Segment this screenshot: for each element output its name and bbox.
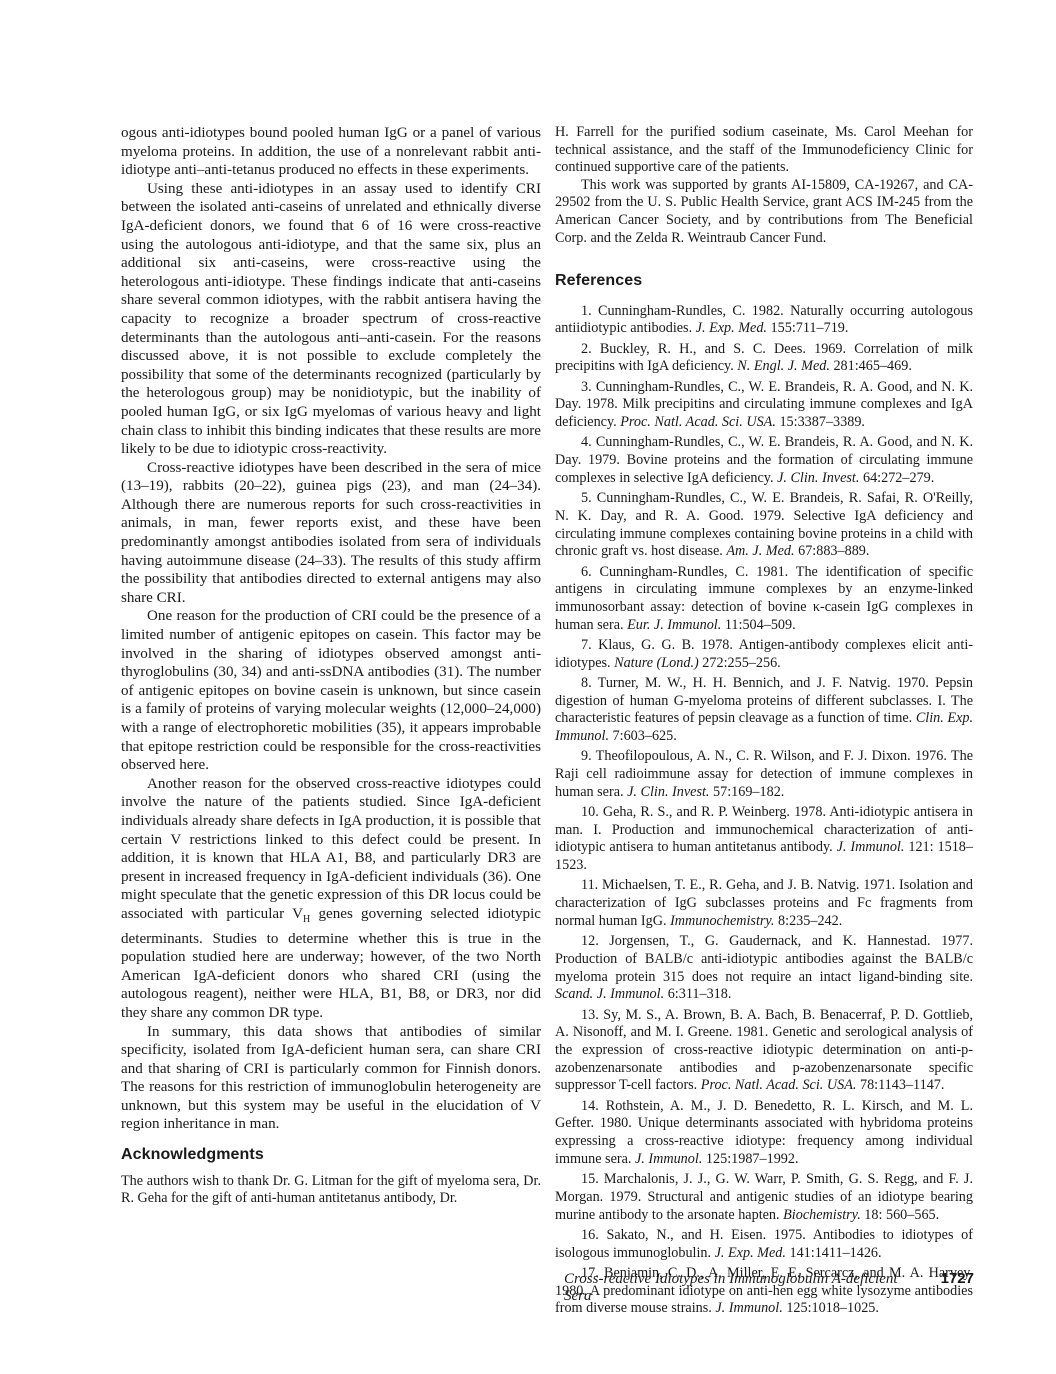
volume-pages: 281:465–469.: [830, 358, 912, 374]
funding-text: This work was supported by grants AI-158…: [555, 177, 973, 247]
volume-pages: 57:169–182.: [709, 784, 784, 800]
journal-name: J. Exp. Med.: [715, 1245, 786, 1261]
journal-name: Immunochemistry.: [670, 913, 774, 929]
reference-item: 13. Sy, M. S., A. Brown, B. A. Bach, B. …: [555, 1007, 973, 1096]
text-run: genes governing selected idiotypic deter…: [121, 906, 541, 1021]
journal-name: Nature (Lond.): [614, 655, 699, 671]
volume-pages: 141:1411–1426.: [786, 1245, 882, 1261]
body-paragraph: Another reason for the observed cross-re…: [121, 775, 541, 1023]
reference-item: 8. Turner, M. W., H. H. Bennich, and J. …: [555, 675, 973, 746]
references-list: 1. Cunningham-Rundles, C. 1982. Naturall…: [555, 303, 973, 1318]
reference-item: 15. Marchalonis, J. J., G. W. Warr, P. S…: [555, 1171, 973, 1224]
volume-pages: 272:255–256.: [699, 655, 781, 671]
reference-item: 3. Cunningham-Rundles, C., W. E. Brandei…: [555, 379, 973, 432]
volume-pages: 78:1143–1147.: [856, 1077, 944, 1093]
reference-item: 5. Cunningham-Rundles, C., W. E. Brandei…: [555, 490, 973, 561]
body-paragraph: One reason for the production of CRI cou…: [121, 607, 541, 774]
reference-item: 4. Cunningham-Rundles, C., W. E. Brandei…: [555, 434, 973, 487]
journal-name: J. Clin. Invest.: [627, 784, 709, 800]
left-column: ogous anti-idiotypes bound pooled human …: [121, 124, 541, 1208]
journal-name: J. Immunol.: [837, 839, 905, 855]
acknowledgments-heading: Acknowledgments: [121, 1146, 541, 1165]
volume-pages: 64:272–279.: [859, 470, 934, 486]
acknowledgments-text: The authors wish to thank Dr. G. Litman …: [121, 1173, 541, 1208]
journal-name: Eur. J. Immunol.: [627, 617, 721, 633]
journal-name: J. Immunol.: [635, 1151, 702, 1167]
volume-pages: 7:603–625.: [609, 728, 677, 744]
right-column: H. Farrell for the purified sodium casei…: [555, 124, 973, 1321]
journal-name: Proc. Natl. Acad. Sci. USA.: [701, 1077, 857, 1093]
reference-item: 9. Theofilopoulous, A. N., C. R. Wilson,…: [555, 748, 973, 801]
volume-pages: 6:311–318.: [664, 986, 731, 1002]
summary-paragraph: In summary, this data shows that antibod…: [121, 1023, 541, 1135]
acknowledgments-text-continued: H. Farrell for the purified sodium casei…: [555, 124, 973, 177]
acknowledgments-section: Acknowledgments The authors wish to than…: [121, 1146, 541, 1208]
reference-item: 2. Buckley, R. H., and S. C. Dees. 1969.…: [555, 341, 973, 376]
reference-item: 6. Cunningham-Rundles, C. 1981. The iden…: [555, 564, 973, 635]
page-footer: Cross-reactive Idiotypes in Immunoglobul…: [564, 1270, 974, 1305]
reference-text: 8. Turner, M. W., H. H. Bennich, and J. …: [555, 675, 973, 726]
body-paragraph: ogous anti-idiotypes bound pooled human …: [121, 124, 541, 180]
journal-name: J. Clin. Invest.: [777, 470, 859, 486]
running-title: Cross-reactive Idiotypes in Immunoglobul…: [564, 1271, 923, 1305]
reference-item: 12. Jorgensen, T., G. Gaudernack, and K.…: [555, 933, 973, 1004]
volume-pages: 11:504–509.: [721, 617, 795, 633]
reference-item: 16. Sakato, N., and H. Eisen. 1975. Anti…: [555, 1227, 973, 1262]
reference-item: 7. Klaus, G. G. B. 1978. Antigen-antibod…: [555, 637, 973, 672]
volume-pages: 155:711–719.: [767, 320, 848, 336]
volume-pages: 15:3387–3389.: [776, 414, 865, 430]
page-number: 1727: [941, 1270, 974, 1287]
reference-item: 10. Geha, R. S., and R. P. Weinberg. 197…: [555, 804, 973, 875]
body-paragraph: Cross-reactive idiotypes have been descr…: [121, 459, 541, 608]
volume-pages: 67:883–889.: [795, 543, 870, 559]
volume-pages: 125:1987–1992.: [702, 1151, 798, 1167]
body-paragraph: Using these anti-idiotypes in an assay u…: [121, 180, 541, 459]
journal-name: Proc. Natl. Acad. Sci. USA.: [620, 414, 776, 430]
journal-name: N. Engl. J. Med.: [737, 358, 830, 374]
reference-text: 12. Jorgensen, T., G. Gaudernack, and K.…: [555, 933, 973, 984]
journal-name: Am. J. Med.: [726, 543, 794, 559]
journal-name: J. Exp. Med.: [696, 320, 767, 336]
reference-item: 1. Cunningham-Rundles, C. 1982. Naturall…: [555, 303, 973, 338]
references-heading: References: [555, 272, 973, 291]
journal-name: Scand. J. Immunol.: [555, 986, 664, 1002]
reference-item: 14. Rothstein, A. M., J. D. Benedetto, R…: [555, 1098, 973, 1169]
volume-pages: 8:235–242.: [774, 913, 842, 929]
text-run: Another reason for the observed cross-re…: [121, 776, 541, 922]
journal-name: Biochemistry.: [783, 1207, 861, 1223]
reference-item: 11. Michaelsen, T. E., R. Geha, and J. B…: [555, 877, 973, 930]
acknowledgments-continued: H. Farrell for the purified sodium casei…: [555, 124, 973, 247]
volume-pages: 18: 560–565.: [861, 1207, 939, 1223]
